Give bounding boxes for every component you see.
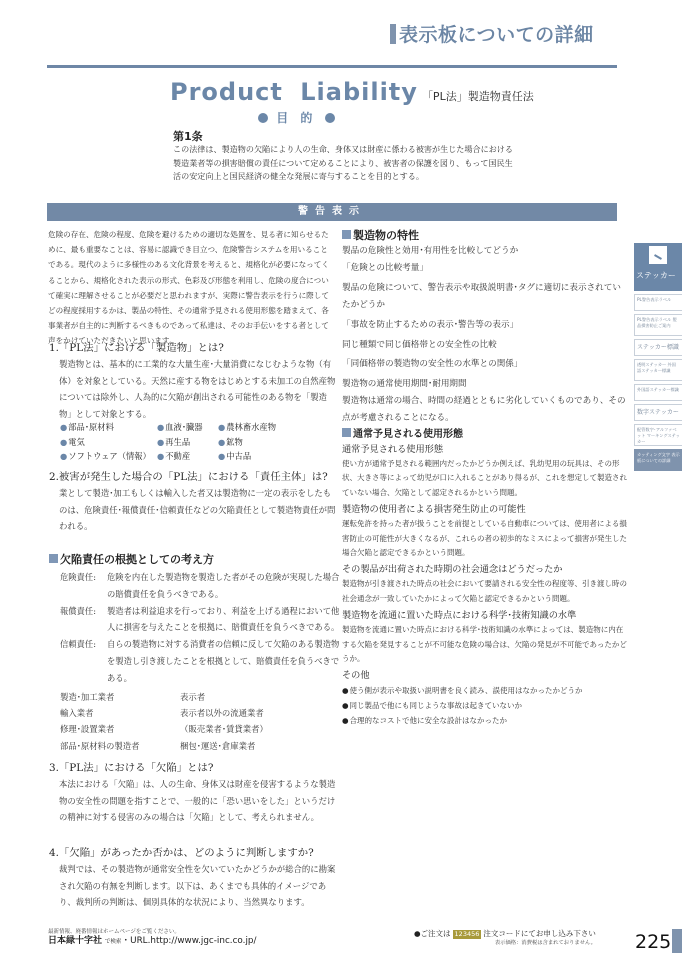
company-name: 日本緑十字社 — [48, 936, 102, 946]
other-bullet: 使う側が表示や取扱い説明書を良く読み、誤使用はなかったかどうか — [342, 683, 627, 698]
question-body: 業として製造･加工もしくは輸入した者又は製造物に一定の表示をしたものは、危険責任… — [59, 485, 339, 535]
bullet-dot-icon — [325, 113, 335, 123]
footer-note: 最新情報、廃番情報はホームページをご覧ください。 — [48, 928, 256, 936]
other-heading: その他 — [342, 668, 627, 683]
product-traits-heading-text: 製造物の特性 — [353, 229, 419, 242]
category-item: 電気 — [60, 436, 157, 449]
liability-basis-heading-text: 欠陥責任の根拠としての考え方 — [60, 553, 214, 566]
trait-line: 「事故を防止するための表示･警告等の表示」 — [342, 317, 627, 334]
search-text: で検索 — [105, 939, 122, 945]
actor-item: 梱包･運送･倉庫業者 — [180, 738, 330, 754]
square-marker-icon — [342, 230, 351, 239]
purpose-label: 目 的 — [276, 111, 316, 125]
category-item: 農林畜水産物 — [218, 421, 298, 434]
question-body: 裁判では、その製造物が通常安全性を欠いていたかどうかが総合的に勘案され欠陥の有無… — [59, 861, 339, 911]
order-prefix: ●ご注文は — [414, 929, 451, 938]
trait-line: 製造物の通常使用期間･耐用期間 — [342, 376, 627, 393]
category-item: 部品･原材料 — [60, 421, 157, 434]
question-title: 1.「PL法」における「製造物」とは? — [49, 340, 339, 356]
pl-title: Product Liability — [170, 78, 418, 106]
sidebar-item-marking-sticker[interactable]: 配管数字･アルファベット マーキングステッカー — [634, 424, 682, 446]
footer-order: ●ご注文は123456注文コードにてお申し込み下さい 表示価格：消費税は含まれて… — [414, 928, 596, 948]
usage-subheading: 製造物の使用者による損害発生防止の可能性 — [342, 502, 627, 517]
square-marker-icon — [342, 428, 351, 437]
actor-item: 製造･加工業者 — [60, 689, 180, 705]
page-number: 225 — [635, 931, 671, 953]
actor-item: 表示者以外の流通業者 — [180, 705, 330, 721]
liability-basis-heading: 欠陥責任の根拠としての考え方 — [49, 551, 214, 567]
question-title: 3.「PL法」における「欠陥」とは? — [49, 760, 339, 776]
actor-item: 輸入業者 — [60, 705, 180, 721]
usage-text: 製造物を流通に置いた時点における科学･技術知識の水準によっては、製造物に内在する… — [342, 623, 627, 666]
usage-text: 運転免許を持った者が扱うことを前提としている自動車については、使用者による損害防… — [342, 517, 627, 560]
usage-text: 製造物が引き渡された時点の社会において要請される安全性の程度等、引き渡し時の社会… — [342, 577, 627, 606]
other-bullet: 合理的なコストで他に安全な設計はなかったか — [342, 713, 627, 728]
warning-band-label: 警告表示 — [47, 203, 617, 221]
liability-label: 報償責任: — [60, 603, 107, 637]
category-item: 鉱物 — [218, 436, 298, 449]
question-1: 1.「PL法」における「製造物」とは? 製造物とは、基本的に工業的な大量生産･大… — [49, 340, 339, 422]
pl-heading: Product Liability「PL法」製造物責任法 — [170, 78, 534, 106]
article-body: この法律は、製造物の欠陥により人の生命、身体又は財産に係わる被害が生じた場合にお… — [173, 143, 513, 184]
liability-item: 危険責任:危険を内在した製造物を製造した者がその危険が実現した場合の賠償責任を負… — [60, 569, 340, 603]
category-item: 血液･臓器 — [157, 421, 218, 434]
square-marker-icon — [49, 554, 58, 563]
usage-heading: 通常予見される使用形態 — [342, 425, 627, 440]
product-categories: 部品･原材料 血液･臓器 農林畜水産物 電気 再生品 鉱物 ソフトウェア（情報）… — [60, 421, 300, 463]
sidebar-item-number-sticker[interactable]: 数字ステッカー — [634, 404, 682, 421]
sidebar-item-clear-sticker[interactable]: 透明ステッカー 外国語ステッカー標識 — [634, 359, 682, 381]
actor-item: 修理･設置業者 — [60, 721, 180, 737]
sidebar-item-pl-label[interactable]: PL警告表示ラベル — [634, 294, 682, 311]
sidebar-item-cutting-letters[interactable]: カッティング文字 表示板についての詳細 — [634, 449, 682, 471]
article-title: 第1条 — [173, 128, 203, 144]
liability-text: 危険を内在した製造物を製造した者がその危険が実現した場合の賠償責任を負うべきであ… — [107, 569, 340, 603]
actor-item: 表示者 — [180, 689, 330, 705]
order-suffix: 注文コードにてお申し込み下さい — [483, 929, 596, 938]
warning-intro: 危険の存在、危険の程度、危険を避けるための適切な処置を、見る者に知らせるために、… — [48, 227, 333, 349]
warning-band: 警告表示 — [47, 203, 617, 221]
liability-text: 自らの製造物に対する消費者の信頼に反して欠陥のある製造物を製造し引き渡したことを… — [107, 636, 340, 686]
question-body: 製造物とは、基本的に工業的な大量生産･大量消費になじむような物（有体）を対象とし… — [59, 356, 339, 422]
liability-label: 信頼責任: — [60, 636, 107, 686]
sidebar-index: PL警告表示ラベル PL警告表示ラベル 製品損害防止ご案内 ステッカー標識 透明… — [634, 294, 682, 474]
usage-section: 通常予見される使用形態 通常予見される使用形態 使い方が通常予見される範囲内だっ… — [342, 425, 627, 728]
category-item: ソフトウェア（情報） — [60, 450, 157, 463]
order-line: ●ご注文は123456注文コードにてお申し込み下さい — [414, 928, 596, 939]
sidebar-item-foreign-sticker[interactable]: 外国語ステッカー標識 — [634, 384, 682, 401]
question-title: 2.被害が発生した場合の「PL法」における「責任主体」は? — [49, 469, 339, 485]
sidebar-item-sticker-sign[interactable]: ステッカー標識 — [634, 339, 682, 356]
question-4: 4.「欠陥」があったか否かは、どのように判断しますか? 裁判では、その製造物が通… — [49, 845, 339, 911]
trait-line: 製品の危険性と効用･有用性を比較してどうか — [342, 243, 627, 260]
tax-note: 表示価格：消費税は含まれておりません。 — [494, 939, 596, 948]
usage-text: 使い方が通常予見される範囲内だったかどうか例えば、乳幼児用の玩具は、その形状、大… — [342, 457, 627, 500]
question-2: 2.被害が発生した場合の「PL法」における「責任主体」は? 業として製造･加工も… — [49, 469, 339, 535]
other-bullet: 同じ製品で他にも同じような事故は起きていないか — [342, 698, 627, 713]
sidebar-item-pl-label-guide[interactable]: PL警告表示ラベル 製品損害防止ご案内 — [634, 314, 682, 336]
sidebar-tab-sticker[interactable]: ステッカー — [634, 243, 682, 291]
liability-item: 報償責任:製造者は利益追求を行っており、利益を上げる過程において他人に損害を与え… — [60, 603, 340, 637]
usage-subheading: 通常予見される使用形態 — [342, 442, 627, 457]
title-bar-marker — [390, 24, 396, 44]
bullet-dot-icon — [258, 113, 268, 123]
product-traits-section: 製造物の特性 製品の危険性と効用･有用性を比較してどうか 「危険との比較考量」 … — [342, 227, 627, 427]
usage-subheading: その製品が出荷された時期の社会通念はどうだったか — [342, 562, 627, 577]
pl-subtitle: 「PL法」製造物責任法 — [422, 90, 534, 103]
page-edge-marker — [672, 929, 682, 953]
liability-text: 製造者は利益追求を行っており、利益を上げる過程において他人に損害を与えたことを根… — [107, 603, 340, 637]
usage-heading-text: 通常予見される使用形態 — [353, 429, 463, 440]
top-divider — [47, 65, 617, 68]
footer-left: 最新情報、廃番情報はホームページをご覧ください。 日本緑十字社 で検索・URL.… — [48, 928, 256, 948]
order-code-badge: 123456 — [453, 930, 482, 939]
liability-item: 信頼責任:自らの製造物に対する消費者の信頼に反して欠陥のある製造物を製造し引き渡… — [60, 636, 340, 686]
trait-line: 「同価格帯の製造物の安全性の水準との関係」 — [342, 356, 627, 373]
liable-actors: 製造･加工業者 表示者 輸入業者 表示者以外の流通業者 修理･設置業者 （販売業… — [60, 689, 330, 754]
purpose-heading: 目 的 — [258, 109, 335, 126]
trait-line: 製造物は通常の場合、時間の経過とともに劣化していくものであり、その点が考慮される… — [342, 393, 627, 427]
trait-line: 製品の危険について、警告表示や取扱説明書･タグに適切に表示されていたかどうか — [342, 280, 627, 314]
question-3: 3.「PL法」における「欠陥」とは? 本法における「欠陥」は、人の生命、身体又は… — [49, 760, 339, 826]
category-item: 再生品 — [157, 436, 218, 449]
footer-company-line: 日本緑十字社 で検索・URL.http://www.jgc-inc.co.jp/ — [48, 936, 256, 948]
usage-subheading: 製造物を流通に置いた時点における科学･技術知識の水準 — [342, 608, 627, 623]
sticker-icon — [649, 246, 667, 264]
company-url[interactable]: ・URL.http://www.jgc-inc.co.jp/ — [121, 936, 256, 946]
category-item: 不動産 — [157, 450, 218, 463]
trait-line: 同じ種類で同じ価格帯との安全性の比較 — [342, 337, 627, 354]
question-body: 本法における「欠陥」は、人の生命、身体又は財産を侵害するような製造物の安全性の問… — [59, 776, 339, 826]
sidebar-tab-label: ステッカー — [636, 270, 676, 281]
liability-label: 危険責任: — [60, 569, 107, 603]
question-title: 4.「欠陥」があったか否かは、どのように判断しますか? — [49, 845, 339, 861]
actor-item: （販売業者･賃貸業者） — [180, 721, 330, 737]
liability-types: 危険責任:危険を内在した製造物を製造した者がその危険が実現した場合の賠償責任を負… — [60, 569, 340, 687]
section-title: 表示板についての詳細 — [390, 20, 594, 47]
product-traits-heading: 製造物の特性 — [342, 227, 627, 243]
actor-item: 部品･原材料の製造者 — [60, 738, 180, 754]
category-item: 中古品 — [218, 450, 298, 463]
section-title-text: 表示板についての詳細 — [399, 24, 594, 46]
trait-line: 「危険との比較考量」 — [342, 260, 627, 277]
